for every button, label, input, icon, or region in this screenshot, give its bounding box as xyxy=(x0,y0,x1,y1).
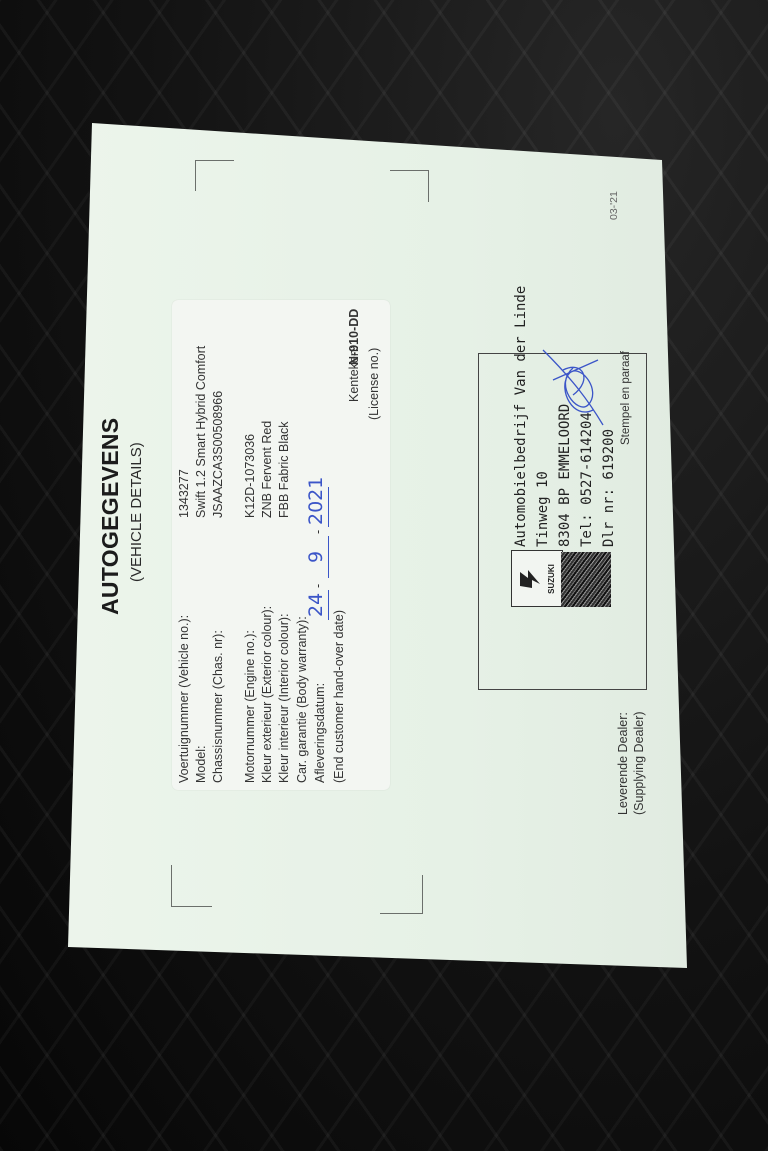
field-label-model: Model: xyxy=(194,745,208,783)
stamp-line-phone: Tel: 0527-614204 xyxy=(579,412,595,547)
handover-day: 24 xyxy=(305,593,327,617)
supplying-dealer-sublabel: (Supplying Dealer) xyxy=(632,711,646,815)
field-value-vehicle-no: 1343277 xyxy=(177,469,191,518)
suzuki-logo-box: SUZUKI xyxy=(511,550,563,607)
handover-year: 2021 xyxy=(305,477,327,525)
handover-year-line xyxy=(328,487,329,527)
field-label-body-warranty: Car. garantie (Body warranty): xyxy=(295,616,309,783)
form-code: 03-'21 xyxy=(608,191,620,220)
field-value-model: Swift 1.2 Smart Hybrid Comfort xyxy=(194,346,208,518)
handover-date-sublabel: (End customer hand-over date) xyxy=(332,610,346,783)
license-sublabel: (License no.) xyxy=(367,348,381,420)
field-value-exterior-colour: ZNB Fervent Red xyxy=(260,421,274,518)
supplying-dealer-label: Leverende Dealer: xyxy=(616,712,630,815)
date-separator-1: - xyxy=(311,584,325,588)
svg-text:SUZUKI: SUZUKI xyxy=(547,564,556,594)
stamp-line-name: Automobielbedrijf Van der Linde xyxy=(513,286,529,547)
handover-month-line xyxy=(328,536,329,578)
page-title: AUTOGEGEVENS xyxy=(97,418,124,615)
field-label-engine: Motornummer (Engine no.): xyxy=(243,630,257,783)
suzuki-s-icon: SUZUKI xyxy=(512,551,562,606)
field-value-interior-colour: FBB Fabric Black xyxy=(277,421,291,518)
field-label-interior-colour: Kleur interieur (Interior colour): xyxy=(277,613,291,783)
stamp-line-street: Tinweg 10 xyxy=(535,471,551,547)
field-value-engine: K12D-1073036 xyxy=(243,434,257,518)
handover-month: 9 xyxy=(305,551,327,563)
signature-scribble xyxy=(533,340,613,430)
dealer-stamp-graphic xyxy=(561,552,611,607)
document-content: AUTOGEGEVENS (VEHICLE DETAILS) Voertuign… xyxy=(83,135,673,955)
field-label-vehicle-no: Voertuignummer (Vehicle no.): xyxy=(177,615,191,783)
field-label-exterior-colour: Kleur exterieur (Exterior colour): xyxy=(260,606,274,783)
handover-day-line xyxy=(328,590,329,620)
page-subtitle: (VEHICLE DETAILS) xyxy=(128,442,145,582)
field-label-chassis: Chassisnummer (Chas. nr): xyxy=(211,630,225,783)
stamp-caption: Stempel en paraaf xyxy=(620,351,632,445)
field-value-chassis: JSAAZCA3S00508966 xyxy=(211,391,225,518)
handover-date-label: Afleveringsdatum: xyxy=(313,683,327,783)
date-separator-2: - xyxy=(311,530,325,534)
stamp-line-dealer-no: Dlr nr: 619200 xyxy=(601,429,617,547)
license-plate-value: N-910-DD xyxy=(347,309,361,365)
